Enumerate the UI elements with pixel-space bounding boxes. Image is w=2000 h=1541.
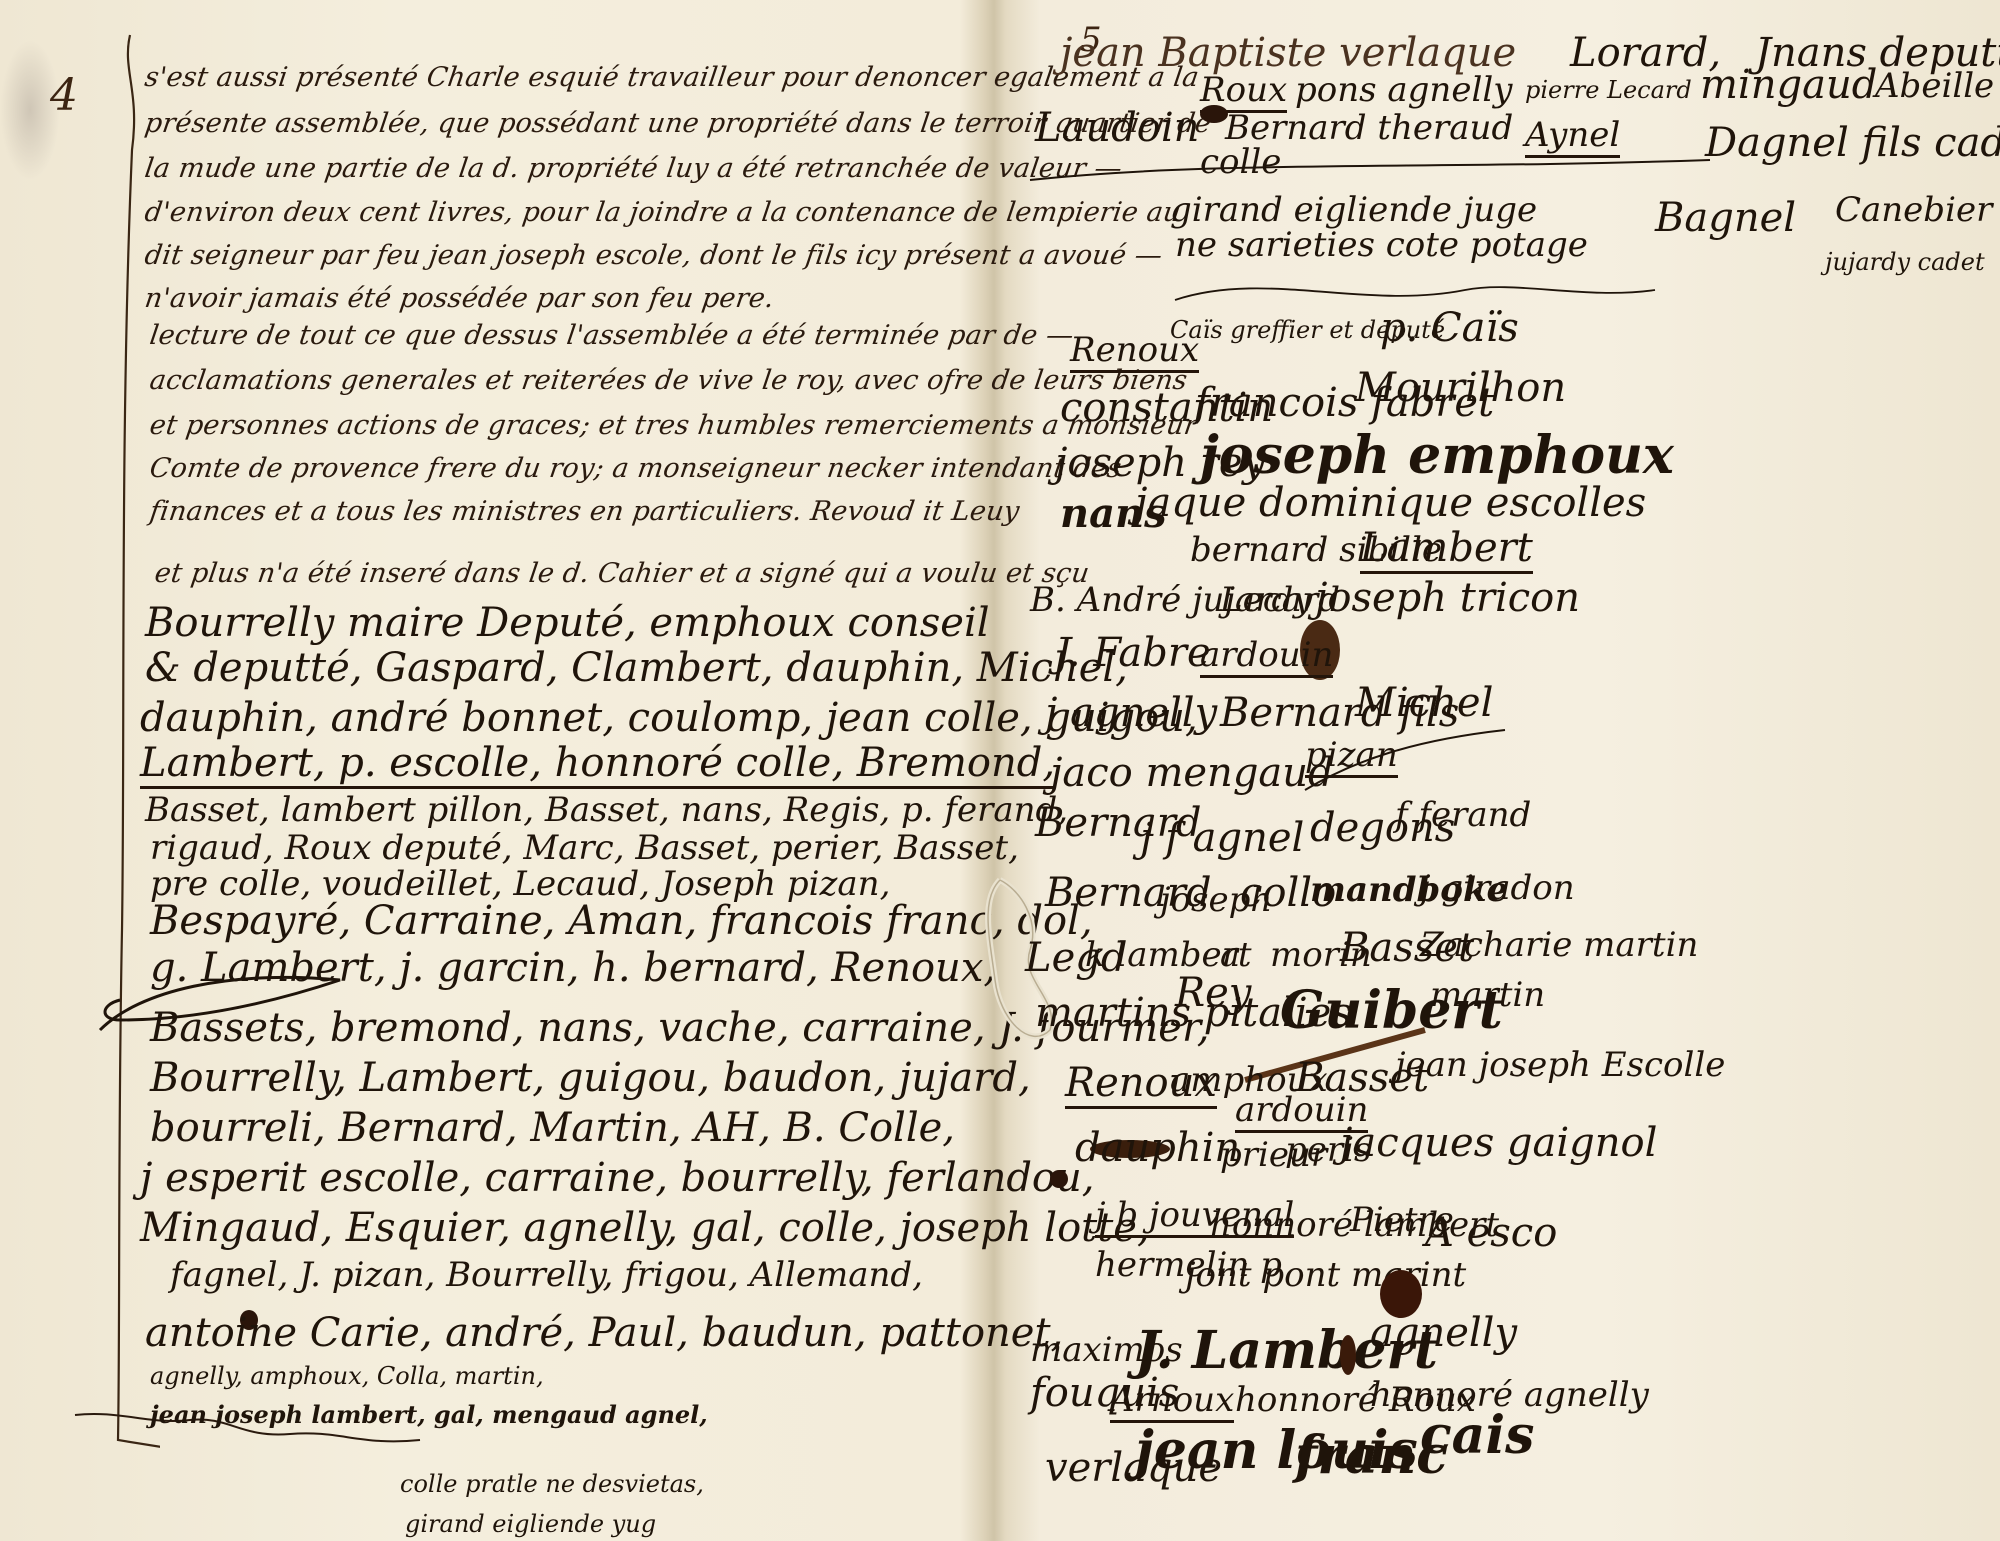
signature: agnelly bbox=[1370, 1310, 1517, 1356]
ink-blot bbox=[1340, 1335, 1356, 1375]
signature: dauphin bbox=[1075, 1125, 1240, 1171]
signature: joseph tricon bbox=[1315, 575, 1580, 621]
signature: mingaud bbox=[1700, 62, 1877, 108]
signature: Zacharie martin bbox=[1420, 925, 1698, 965]
signature-line: Bespayré, Carraine, Aman, francois franc… bbox=[150, 898, 1093, 944]
signature: Abeille bbox=[1875, 66, 1994, 106]
footer-line: colle pratle ne desvietas, bbox=[400, 1470, 704, 1498]
text-line: finances et a tous les ministres en part… bbox=[148, 496, 1022, 527]
footer-line: girand eigliende yug bbox=[405, 1510, 656, 1538]
signature: jaque dominique escolles bbox=[1135, 480, 1646, 526]
signature: girand eigliende juge bbox=[1170, 190, 1537, 230]
signature-line: Bourrelly maire Deputé, emphoux conseil bbox=[145, 600, 990, 646]
signature: a bbox=[1220, 935, 1240, 975]
signature: Arnoux bbox=[1110, 1380, 1234, 1423]
signature: Lambert bbox=[1360, 525, 1533, 574]
signature-line: rigaud, Roux deputé, Marc, Basset, perie… bbox=[150, 828, 1019, 868]
text-line: lecture de tout ce que dessus l'assemblé… bbox=[148, 320, 1076, 351]
signature: ne sarieties cote potage bbox=[1175, 225, 1588, 265]
signature: cais bbox=[1420, 1405, 1534, 1466]
signature: J. Fabre bbox=[1055, 630, 1211, 676]
text-line: et plus n'a été inseré dans le d. Cahier… bbox=[153, 558, 1091, 589]
left-page: 4 s'est aussi présenté Charle esquié tra… bbox=[0, 0, 985, 1541]
signature: joseph emphoux bbox=[1200, 425, 1674, 486]
signature: Bagnel bbox=[1655, 195, 1796, 241]
signature: j giradon bbox=[1420, 868, 1575, 908]
signature: A esco bbox=[1425, 1210, 1557, 1256]
signature: Canebier bbox=[1835, 190, 1992, 230]
signature-line: Bourrelly, Lambert, guigou, baudon, juja… bbox=[150, 1055, 1031, 1101]
signature: f ferand bbox=[1395, 795, 1531, 835]
signature-line: & deputté, Gaspard, Clambert, dauphin, M… bbox=[145, 645, 1128, 691]
signature: jaco mengaud bbox=[1050, 750, 1334, 796]
signature: jujardy cadet bbox=[1825, 248, 1985, 276]
signature: Rey bbox=[1175, 970, 1251, 1016]
signature-line: antoine Carie, andré, Paul, baudun, patt… bbox=[145, 1310, 1063, 1356]
right-page: 5 jean Baptiste verlaque Lorard, Jnans d… bbox=[995, 0, 2000, 1541]
signature: jean joseph Escolle bbox=[1395, 1045, 1725, 1085]
signature: jont pont marint bbox=[1185, 1255, 1466, 1295]
signature: jacques gaignol bbox=[1340, 1120, 1657, 1166]
signature: j agnelly bbox=[1045, 690, 1217, 736]
text-line: la mude une partie de la d. propriété lu… bbox=[143, 153, 1124, 184]
signature: pons agnelly bbox=[1295, 70, 1512, 110]
manuscript-spread: 4 s'est aussi présenté Charle esquié tra… bbox=[0, 0, 2000, 1541]
signature-flourish bbox=[1295, 720, 1515, 800]
signature: Dagnel fils cadet bbox=[1705, 120, 2000, 166]
signature: martin bbox=[1430, 975, 1545, 1015]
signature-line: bourreli, Bernard, Martin, AH, B. Colle, bbox=[150, 1105, 955, 1151]
signature: Mourilhon bbox=[1355, 365, 1566, 411]
signature-line: agnelly, amphoux, Colla, martin, bbox=[150, 1362, 544, 1390]
ink-blot bbox=[1050, 1170, 1068, 1188]
text-line: Comte de provence frere du roy; a monsei… bbox=[148, 453, 1124, 484]
signature: j f agnel bbox=[1140, 815, 1304, 861]
text-line: n'avoir jamais été possédée par son feu … bbox=[143, 283, 776, 314]
signature-line: j esperit escolle, carraine, bourrelly, … bbox=[140, 1155, 1095, 1201]
signature-line: jean joseph lambert, gal, mengaud agnel, bbox=[150, 1400, 708, 1429]
signature: ardouin bbox=[1200, 635, 1333, 678]
signature: pierre Lecard bbox=[1525, 76, 1692, 104]
signature-line: Lambert, p. escolle, honnoré colle, Brem… bbox=[140, 740, 1055, 789]
signature: Lorard, bbox=[1570, 30, 1721, 76]
signature-line: Basset, lambert pillon, Basset, nans, Re… bbox=[145, 790, 1068, 830]
signature: p. Caïs bbox=[1380, 305, 1519, 351]
signature-line: fagnel, J. pizan, Bourrelly, frigou, All… bbox=[170, 1255, 923, 1295]
